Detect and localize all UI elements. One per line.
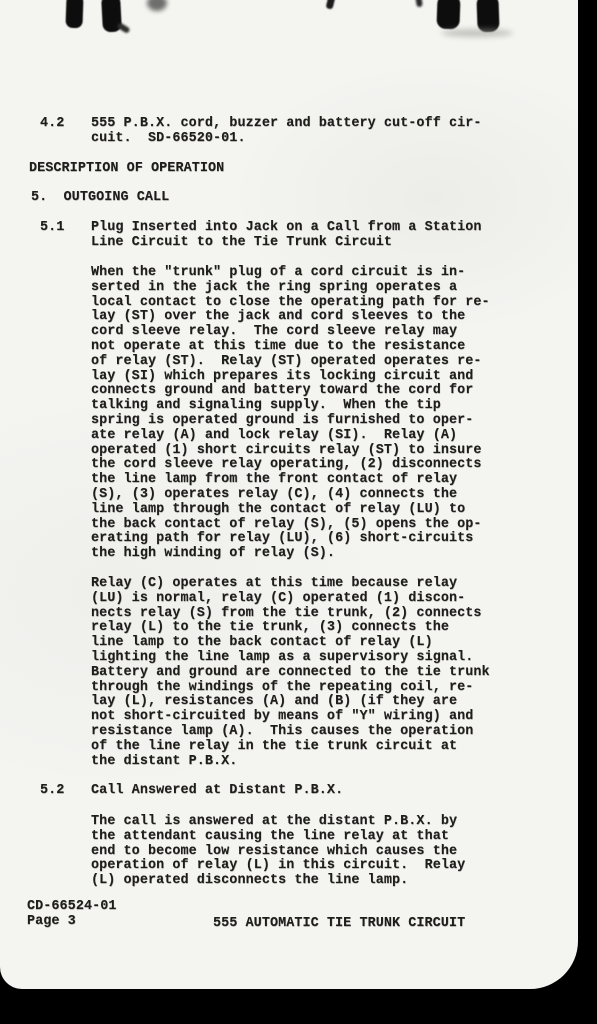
scan-artifact-dot <box>147 0 167 11</box>
binding-mark-icon <box>436 0 460 29</box>
section-5-1-title: Plug Inserted into Jack on a Call from a… <box>91 221 482 251</box>
item-4-2-text: 555 P.B.X. cord, buzzer and battery cut-… <box>91 117 482 147</box>
scan-artifact-speck <box>415 0 423 7</box>
scan-artifact-speck <box>326 0 336 10</box>
section-5-2-number: 5.2 <box>40 784 64 799</box>
section-5-1-paragraph-1: When the "trunk" plug of a cord circuit … <box>91 266 490 562</box>
section-5-1-paragraph-2: Relay (C) operates at this time because … <box>91 577 490 769</box>
binding-mark-icon <box>476 0 499 32</box>
paper-sheet: 4.2 555 P.B.X. cord, buzzer and battery … <box>0 0 578 989</box>
item-4-2-number: 4.2 <box>40 117 64 132</box>
scan-artifact-smudge <box>441 29 513 37</box>
scanned-page-background: { "page": { "background_color": "#000000… <box>0 0 597 1024</box>
footer-drawing-number: CD-66524-01 <box>27 900 117 915</box>
section-5-2-title: Call Answered at Distant P.B.X. <box>91 784 343 799</box>
section-5-2-paragraph-1: The call is answered at the distant P.B.… <box>91 815 465 889</box>
binding-mark-smudge <box>116 22 130 34</box>
section-5-1-number: 5.1 <box>40 221 64 236</box>
binding-mark-icon <box>65 0 83 28</box>
section-5-heading: 5. OUTGOING CALL <box>31 191 169 206</box>
footer-document-title: 555 AUTOMATIC TIE TRUNK CIRCUIT <box>213 917 465 932</box>
footer-page-number: Page 3 <box>27 915 76 930</box>
description-of-operation-heading: DESCRIPTION OF OPERATION <box>29 162 224 177</box>
